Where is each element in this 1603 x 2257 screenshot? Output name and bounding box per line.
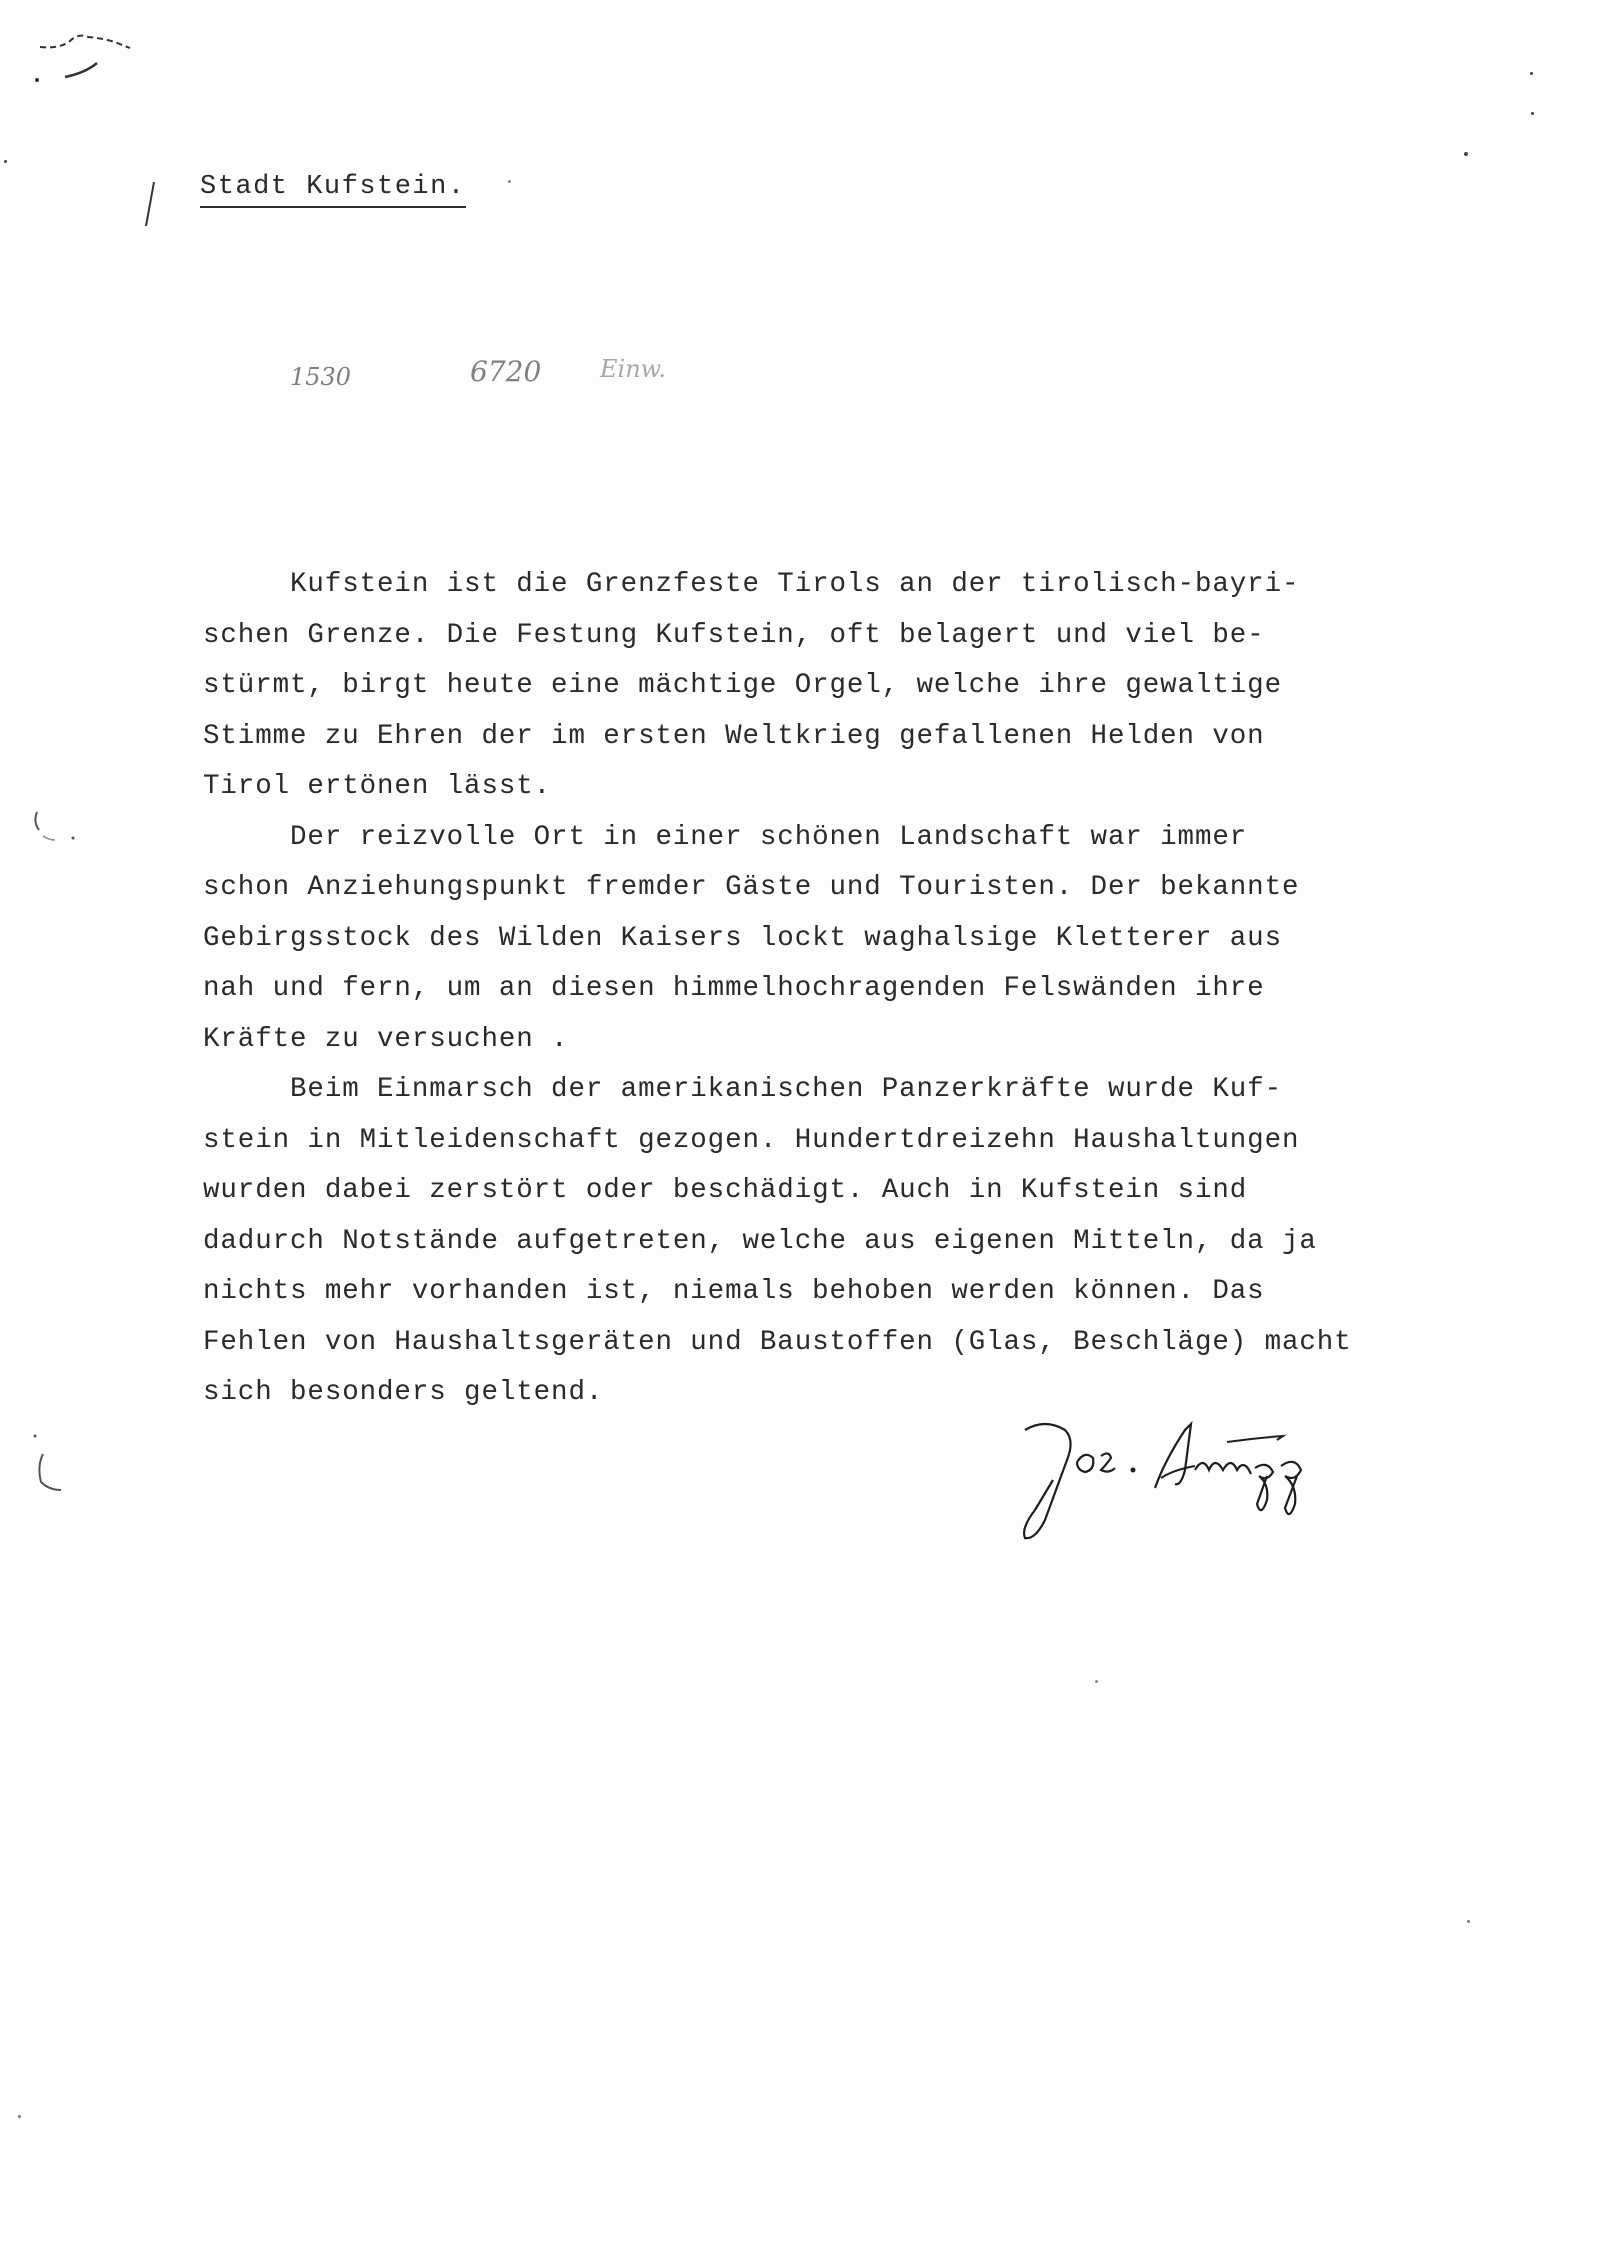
text-line: schon Anziehungspunkt fremder Gäste und … xyxy=(203,863,1563,914)
corner-scribble-mark xyxy=(30,15,160,85)
speck-mark xyxy=(4,160,7,163)
handwritten-note: 6720 xyxy=(470,355,541,388)
document-body: Kufstein ist die Grenzfeste Tirols an de… xyxy=(203,560,1563,1419)
pencil-slash-mark xyxy=(140,180,160,230)
handwritten-signature: Jos. Amrigg xyxy=(1005,1400,1425,1550)
text-line: nichts mehr vorhanden ist, niemals behob… xyxy=(203,1267,1563,1318)
speck-mark xyxy=(1464,152,1468,156)
text-line: Gebirgsstock des Wilden Kaisers lockt wa… xyxy=(203,914,1563,965)
text-line: dadurch Notstände aufgetreten, welche au… xyxy=(203,1217,1563,1268)
document-title: Stadt Kufstein. xyxy=(200,172,466,208)
text-line: schen Grenze. Die Festung Kufstein, oft … xyxy=(203,611,1563,662)
text-line: Stimme zu Ehren der im ersten Weltkrieg … xyxy=(203,712,1563,763)
speck-mark xyxy=(1531,112,1534,115)
speck-mark xyxy=(18,2115,21,2118)
text-line: Fehlen von Haushaltsgeräten und Baustoff… xyxy=(203,1318,1563,1369)
text-line: Der reizvolle Ort in einer schönen Lands… xyxy=(203,813,1563,864)
text-line: Kufstein ist die Grenzfeste Tirols an de… xyxy=(203,560,1563,611)
speck-mark xyxy=(1467,1920,1470,1923)
text-line: stürmt, birgt heute eine mächtige Orgel,… xyxy=(203,661,1563,712)
text-line: Tirol ertönen lässt. xyxy=(203,762,1563,813)
handwritten-note: 1530 xyxy=(290,363,351,391)
handwritten-notes: 1530 6720 Einw. xyxy=(290,355,710,415)
paragraph: Der reizvolle Ort in einer schönen Lands… xyxy=(203,813,1563,1066)
document-page: Stadt Kufstein. 1530 6720 Einw. Kufstein… xyxy=(0,0,1603,2257)
text-line: Beim Einmarsch der amerikanischen Panzer… xyxy=(203,1065,1563,1116)
handwritten-note: Einw. xyxy=(600,355,666,383)
paragraph: Beim Einmarsch der amerikanischen Panzer… xyxy=(203,1065,1563,1419)
margin-punch-mark xyxy=(25,800,85,860)
text-line: Kräfte zu versuchen . xyxy=(203,1015,1563,1066)
text-line: stein in Mitleidenschaft gezogen. Hunder… xyxy=(203,1116,1563,1167)
speck-mark xyxy=(508,180,511,183)
paragraph: Kufstein ist die Grenzfeste Tirols an de… xyxy=(203,560,1563,813)
speck-mark xyxy=(1530,72,1533,75)
text-line: wurden dabei zerstört oder beschädigt. A… xyxy=(203,1166,1563,1217)
margin-punch-mark xyxy=(25,1430,85,1510)
speck-mark xyxy=(1095,1680,1098,1683)
text-line: nah und fern, um an diesen himmelhochrag… xyxy=(203,964,1563,1015)
